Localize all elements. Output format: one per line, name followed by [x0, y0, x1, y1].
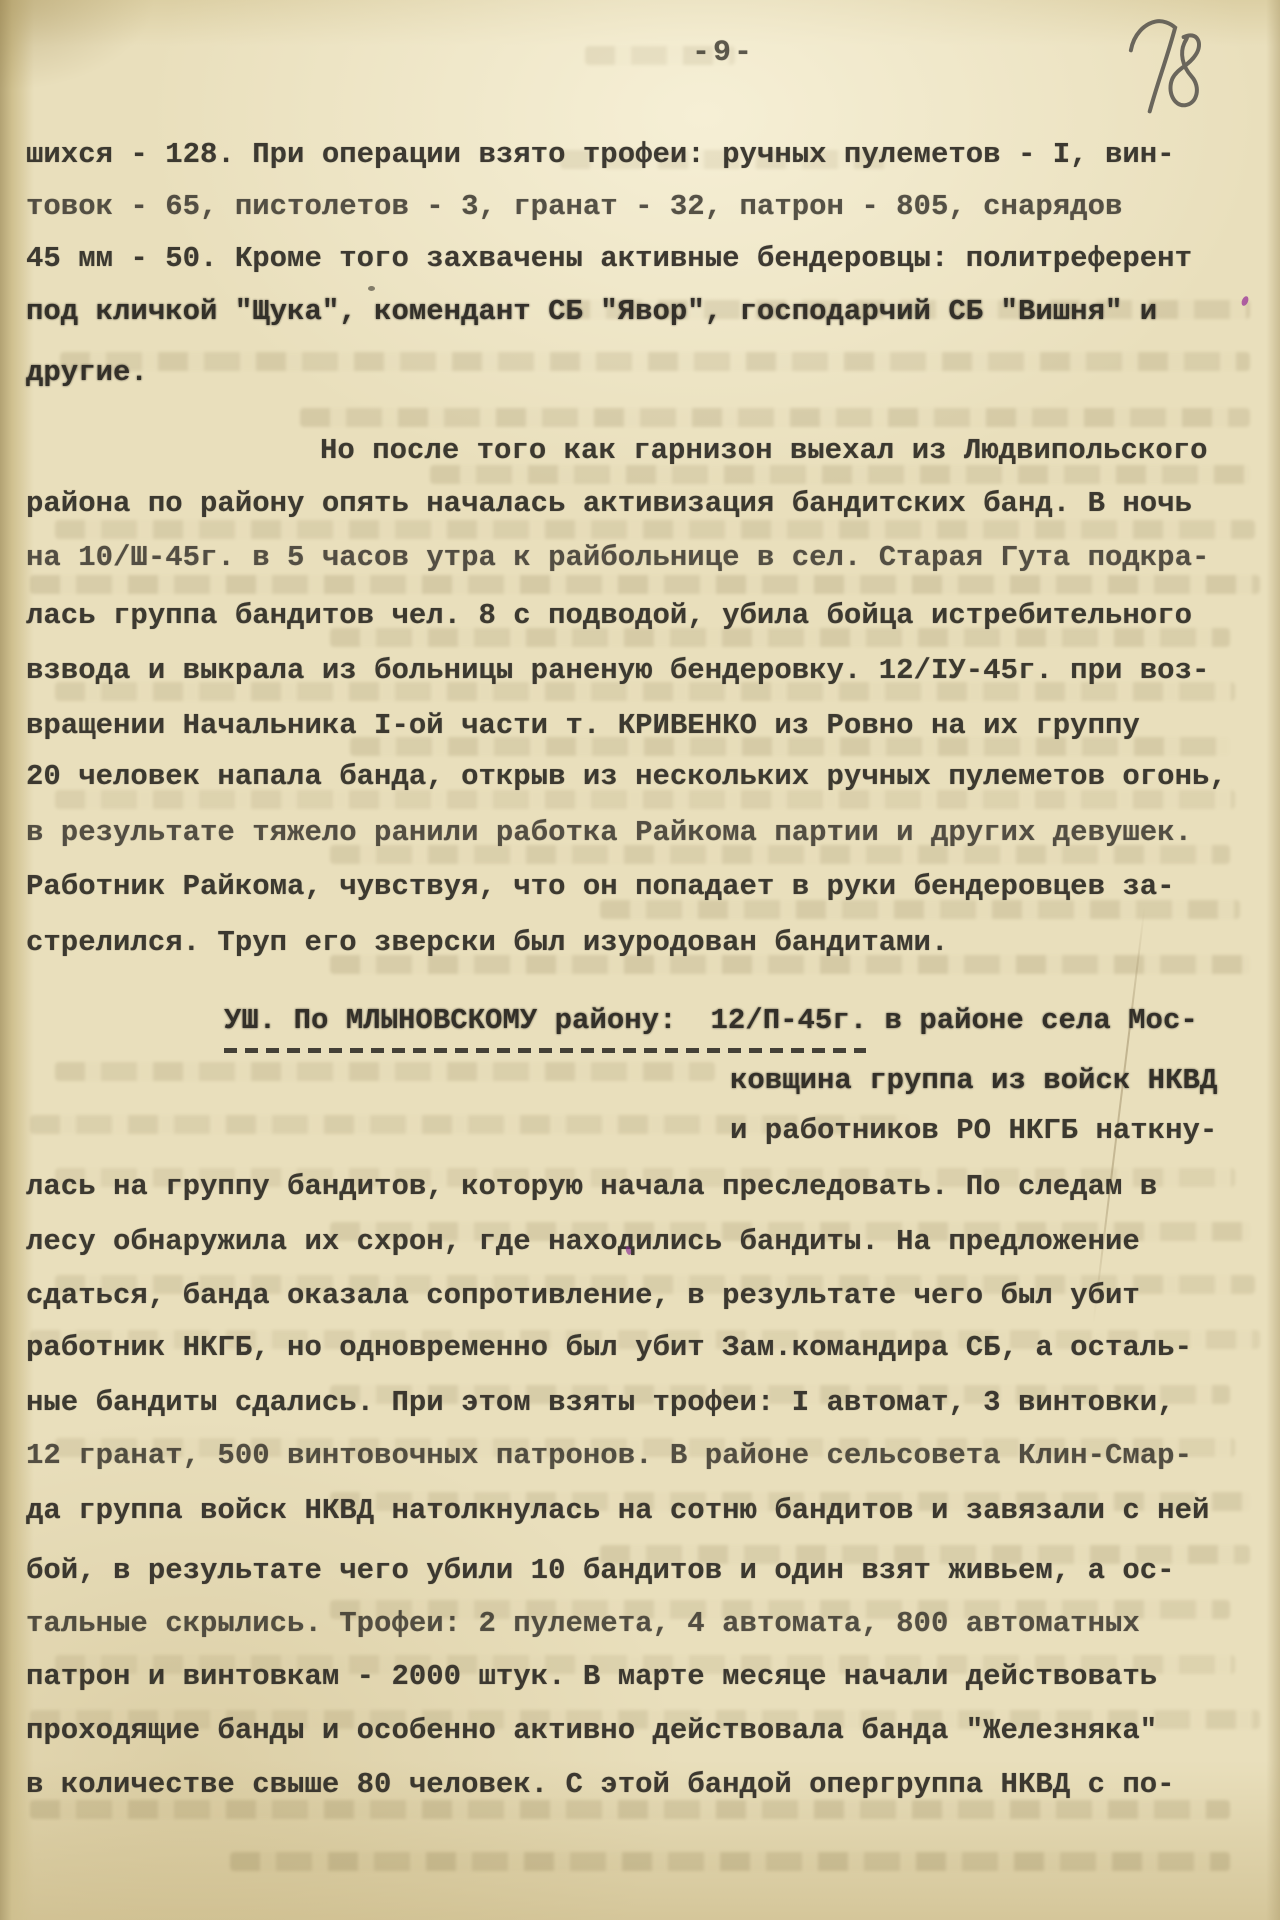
bleedthrough-ghost-line	[30, 575, 1260, 594]
typed-line: в количестве свыше 80 человек. С этой ба…	[26, 1770, 1175, 1800]
typed-line: лась группа бандитов чел. 8 с подводой, …	[26, 601, 1192, 631]
typed-line: бой, в результате чего убили 10 бандитов…	[26, 1556, 1175, 1586]
typed-line: Но после того как гарнизон выехал из Люд…	[320, 436, 1208, 466]
typed-line: ковщина группа из войск НКВД	[730, 1066, 1217, 1096]
typed-line: Работник Райкома, чувствуя, что он попад…	[26, 872, 1175, 902]
bleedthrough-ghost-line	[230, 1852, 1230, 1871]
bleedthrough-ghost-line	[55, 520, 1255, 539]
typed-page-number: -9-	[692, 36, 755, 70]
handwritten-digit-8	[1170, 34, 1200, 106]
typed-line: вращении Начальника I-ой части т. КРИВЕН…	[26, 711, 1140, 741]
typed-line: проходящие банды и особенно активно дейс…	[26, 1716, 1157, 1746]
section-heading-line: УШ. По МЛЫНОВСКОМУ району:12/П-45г. в ра…	[224, 1006, 1198, 1036]
bleedthrough-ghost-line	[30, 1800, 1230, 1819]
handwritten-page-number	[1117, 10, 1209, 126]
typed-line: в результате тяжело ранили работка Райко…	[26, 818, 1192, 848]
section-heading-continuation: 12/П-45г. в районе села Мос-	[710, 1004, 1197, 1037]
typed-line: под кличкой "Щука", комендант СБ "Явор",…	[26, 297, 1157, 327]
bleedthrough-ghost-line	[60, 352, 1250, 371]
typed-line: другие.	[26, 358, 148, 388]
typed-line: 45 мм - 50. Кроме того захвачены активны…	[26, 244, 1192, 274]
bleedthrough-ghost-line	[55, 1062, 715, 1081]
typed-line: да группа войск НКВД натолкнулась на сот…	[26, 1496, 1209, 1526]
handwritten-digit-7	[1128, 20, 1176, 113]
typed-line: ные бандиты сдались. При этом взяты троф…	[26, 1388, 1175, 1418]
typed-line: товок - 65, пистолетов - 3, гранат - 32,…	[26, 192, 1122, 222]
heading-dashed-underline	[224, 1048, 866, 1053]
typed-line: 20 человек напала банда, открыв из неско…	[26, 762, 1227, 792]
ink-speck	[368, 286, 375, 291]
typed-line: работник НКГБ, но одновременно был убит …	[26, 1333, 1192, 1363]
typed-line: тальные скрылись. Трофеи: 2 пулемета, 4 …	[26, 1609, 1140, 1639]
typed-line: района по району опять началась активиза…	[26, 489, 1192, 519]
typed-line: взвода и выкрала из больницы раненую бен…	[26, 656, 1209, 686]
typed-line: патрон и винтовкам - 2000 штук. В марте …	[26, 1662, 1157, 1692]
section-heading: УШ. По МЛЫНОВСКОМУ району:	[224, 1004, 676, 1037]
typed-line: лесу обнаружила их схрон, где находились…	[26, 1227, 1140, 1257]
typed-line: сдаться, банда оказала сопротивление, в …	[26, 1281, 1140, 1311]
typed-line: на 10/Ш-45г. в 5 часов утра к райбольниц…	[26, 543, 1209, 573]
bleedthrough-ghost-line	[430, 465, 1250, 484]
typed-line: шихся - 128. При операции взято трофеи: …	[26, 140, 1175, 170]
typed-line: лась на группу бандитов, которую начала …	[26, 1172, 1157, 1202]
typed-line: и работников РО НКГБ наткну-	[730, 1116, 1217, 1146]
typed-line: 12 гранат, 500 винтовочных патронов. В р…	[26, 1441, 1192, 1471]
typed-line: стрелился. Труп его зверски был изуродов…	[26, 928, 948, 958]
bleedthrough-ghost-line	[300, 408, 1250, 427]
scanned-document-page: { "page": { "typed_page_number": "-9-", …	[0, 0, 1280, 1920]
